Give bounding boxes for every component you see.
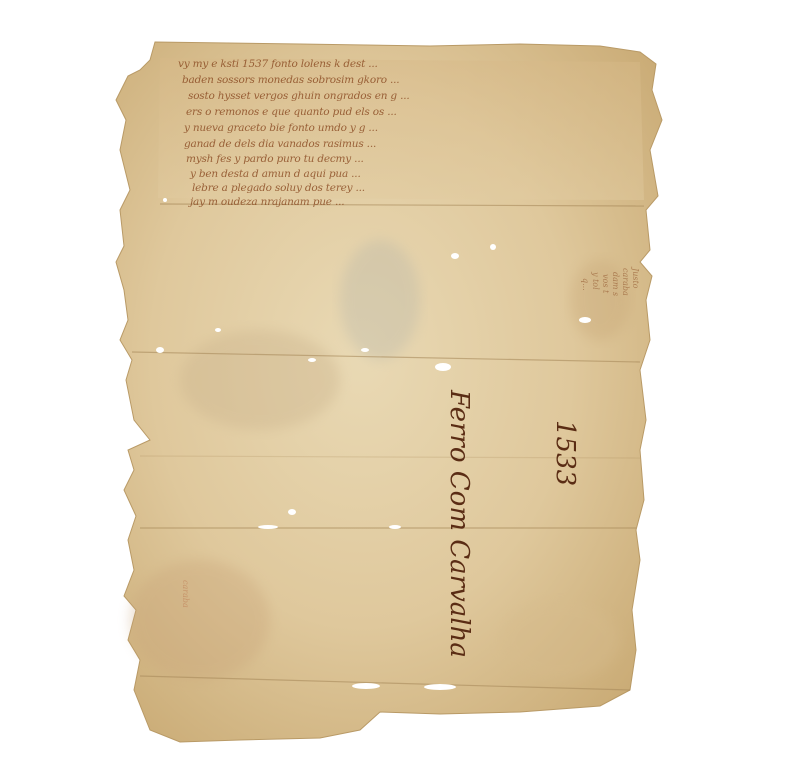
- margin-note-line: caraba: [621, 268, 630, 296]
- margin-note-line: Justo: [631, 268, 640, 289]
- parchment-sheet: [0, 0, 800, 774]
- text-line: vy my e ksti 1537 fonto lolens k dest ..…: [178, 58, 378, 70]
- docket-title: Ferro Com Carvalha: [444, 390, 474, 658]
- text-line: sosto hysset vergos ghuin ongrados en g …: [188, 90, 410, 102]
- faint-bleedthrough-text: caraba: [181, 580, 190, 608]
- text-line: mysh fes y pardo puro tu decmy ...: [186, 153, 364, 165]
- text-line: baden sossors monedas sobrosim gkoro ...: [182, 74, 399, 86]
- docket-year: 1533: [550, 420, 580, 486]
- text-line: lebre a plegado soluy dos terey ...: [192, 182, 365, 194]
- text-line: y nueva graceto bie fonto umdo y g ...: [184, 122, 378, 134]
- text-line: ers o remonos e que quanto pud els os ..…: [186, 106, 397, 118]
- manuscript-photo: vy my e ksti 1537 fonto lolens k dest ..…: [0, 0, 800, 774]
- margin-note-line: vos t: [601, 274, 610, 293]
- margin-note-line: dam s: [611, 272, 620, 296]
- text-line: jay m oudeza nrajanam pue ...: [190, 196, 344, 208]
- text-line: ganad de dels dia vanados rasimus ...: [184, 138, 376, 150]
- text-line: y ben desta d amun d aqui pua ...: [190, 168, 361, 180]
- margin-note-line: y tol: [591, 272, 600, 290]
- margin-note-line: q...: [581, 278, 590, 291]
